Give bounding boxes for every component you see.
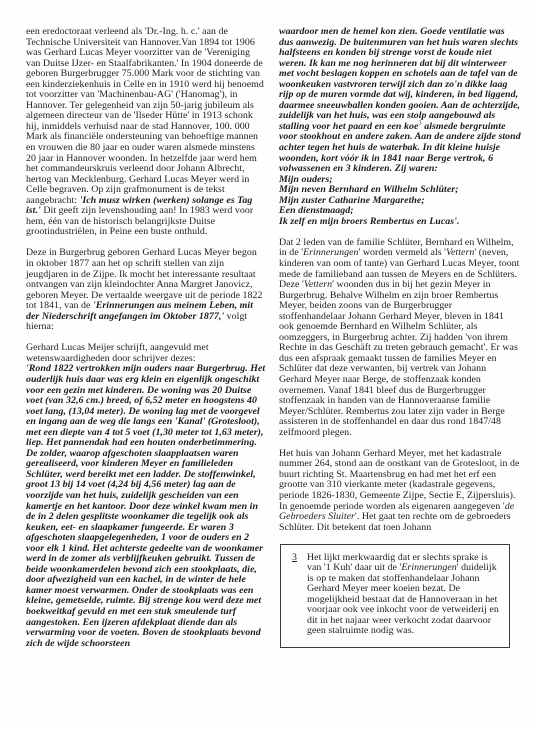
memoir-quote-text: waardoor men de hemel kon zien. Goede ve… xyxy=(279,26,520,132)
body-text: Het huis van Johann Gerhard Meyer, met h… xyxy=(279,448,519,512)
erinnerungen-term: Erinnerungen xyxy=(401,562,456,573)
erinnerungen-term: Erinnerungen xyxy=(303,247,358,258)
paragraph-introduction: Deze in Burgerbrug geboren Gerhard Lucas… xyxy=(26,248,266,332)
footnote-number: 3 xyxy=(292,553,297,564)
memoir-quote-text: 'Rond 1822 vertrokken mijn ouders naar B… xyxy=(26,364,266,649)
household-list-item: Ik zelf en mijn broers Rembertus en Luca… xyxy=(279,217,521,228)
paragraph-house-cadastre: Het huis van Johann Gerhard Meyer, met h… xyxy=(279,449,521,533)
footnote-box: 3 Het lijkt merkwaardig dat er slechts s… xyxy=(280,544,510,648)
body-text: Dit geeft zijn levenshouding aan! In 198… xyxy=(26,205,253,237)
footnote-body: ' duidelijk is op te maken dat stoffenha… xyxy=(307,562,499,636)
footnote-text: Het lijkt merkwaardig dat er slechts spr… xyxy=(307,553,501,637)
two-column-layout: een eredoctoraat verleend als 'Dr.-Ing. … xyxy=(26,27,521,649)
paragraph-memoir-continued: waardoor men de hemel kon zien. Goede ve… xyxy=(279,27,521,227)
paragraph-schluter-family: Dat 2 leden van de familie Schlüter, Ber… xyxy=(279,238,521,438)
left-column: een eredoctoraat verleend als 'Dr.-Ing. … xyxy=(26,27,266,649)
body-text: ' worden vermeld als ' xyxy=(359,247,446,258)
vettern-term: Vettern xyxy=(304,279,332,290)
memoir-intro-text: Gerhard Lucas Meijer schrijft, aangevuld… xyxy=(26,343,266,364)
vettern-term: Vettern xyxy=(446,247,474,258)
paragraph-memoir-start: Gerhard Lucas Meijer schrijft, aangevuld… xyxy=(26,343,266,649)
paragraph-biography: een eredoctoraat verleend als 'Dr.-Ing. … xyxy=(26,27,266,238)
body-text: een eredoctoraat verleend als 'Dr.-Ing. … xyxy=(26,26,264,206)
body-text: ' woonden dus in bij het gezin Meyer in … xyxy=(279,279,518,438)
right-column: waardoor men de hemel kon zien. Goede ve… xyxy=(279,27,521,649)
document-page: een eredoctoraat verleend als 'Dr.-Ing. … xyxy=(0,0,533,729)
